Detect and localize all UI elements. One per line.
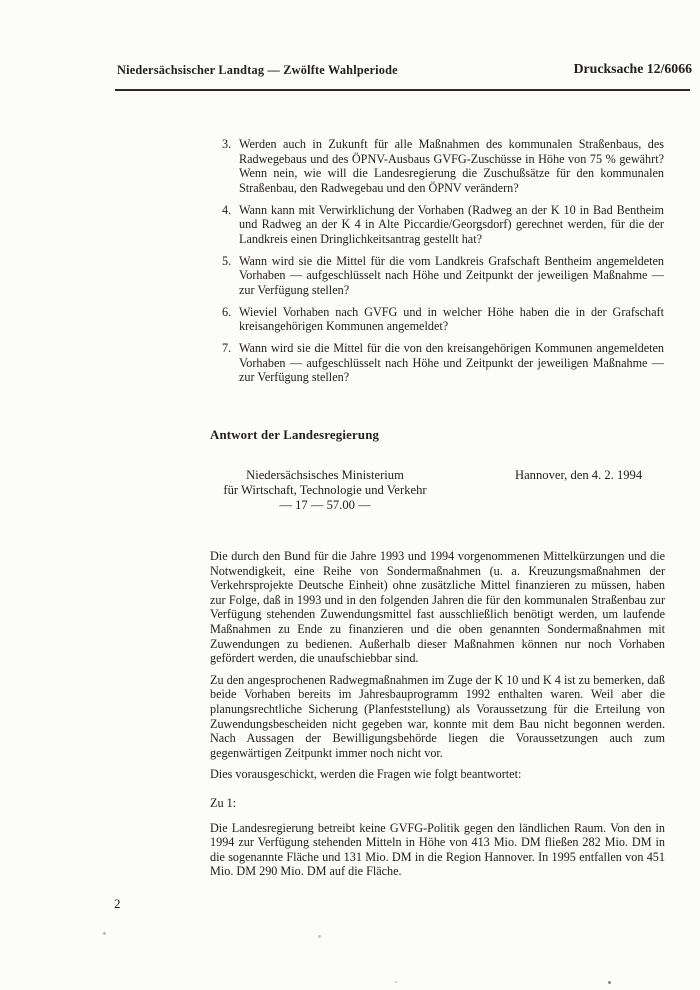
zu1-paragraph: Die Landesregierung betreibt keine GVFG-… <box>210 821 665 879</box>
question-text: Wieviel Vorhaben nach GVFG und in welche… <box>239 305 664 334</box>
intro-line: Dies vorausgeschickt, werden die Fragen … <box>210 767 665 782</box>
question-text: Wann wird sie die Mittel für die von den… <box>239 341 664 385</box>
question-item: 6. Wieviel Vorhaben nach GVFG und in wel… <box>222 305 664 334</box>
question-number: 7. <box>222 341 239 385</box>
header-rule <box>115 89 690 91</box>
question-item: 4. Wann kann mit Verwirklichung der Vorh… <box>222 203 664 247</box>
body-paragraph: Die durch den Bund für die Jahre 1993 un… <box>210 549 665 666</box>
header-doc-number: Drucksache 12/6066 <box>574 61 692 77</box>
header-parliament-title: Niedersächsischer Landtag — Zwölfte Wahl… <box>117 63 398 78</box>
ministry-name-line1: Niedersächsisches Ministerium <box>223 468 427 483</box>
question-item: 7. Wann wird sie die Mittel für die von … <box>222 341 664 385</box>
ministry-block: Niedersächsisches Ministerium für Wirtsc… <box>223 468 427 513</box>
place-and-date: Hannover, den 4. 2. 1994 <box>515 468 642 483</box>
ministry-name-line2: für Wirtschaft, Technologie und Verkehr <box>223 483 427 498</box>
answer-heading: Antwort der Landesregierung <box>210 428 379 443</box>
scan-speck <box>318 935 321 938</box>
question-item: 3. Werden auch in Zukunft für alle Maßna… <box>222 137 664 195</box>
scan-speck <box>608 981 611 984</box>
question-number: 6. <box>222 305 239 334</box>
scan-speck <box>103 932 106 935</box>
question-text: Wann kann mit Verwirklichung der Vorhabe… <box>239 203 664 247</box>
scan-speck <box>395 981 397 983</box>
ministry-reference-number: — 17 — 57.00 — <box>223 498 427 513</box>
question-number: 5. <box>222 254 239 298</box>
question-list: 3. Werden auch in Zukunft für alle Maßna… <box>222 137 664 392</box>
document-page: Niedersächsischer Landtag — Zwölfte Wahl… <box>0 0 700 990</box>
zu1-label: Zu 1: <box>210 796 665 811</box>
question-text: Wann wird sie die Mittel für die vom Lan… <box>239 254 664 298</box>
page-number: 2 <box>114 896 121 912</box>
question-number: 4. <box>222 203 239 247</box>
question-item: 5. Wann wird sie die Mittel für die vom … <box>222 254 664 298</box>
question-number: 3. <box>222 137 239 195</box>
answer-body: Die durch den Bund für die Jahre 1993 un… <box>210 549 665 886</box>
question-text: Werden auch in Zukunft für alle Maßnahme… <box>239 137 664 195</box>
body-paragraph: Zu den angesprochenen Radwegmaßnahmen im… <box>210 673 665 761</box>
